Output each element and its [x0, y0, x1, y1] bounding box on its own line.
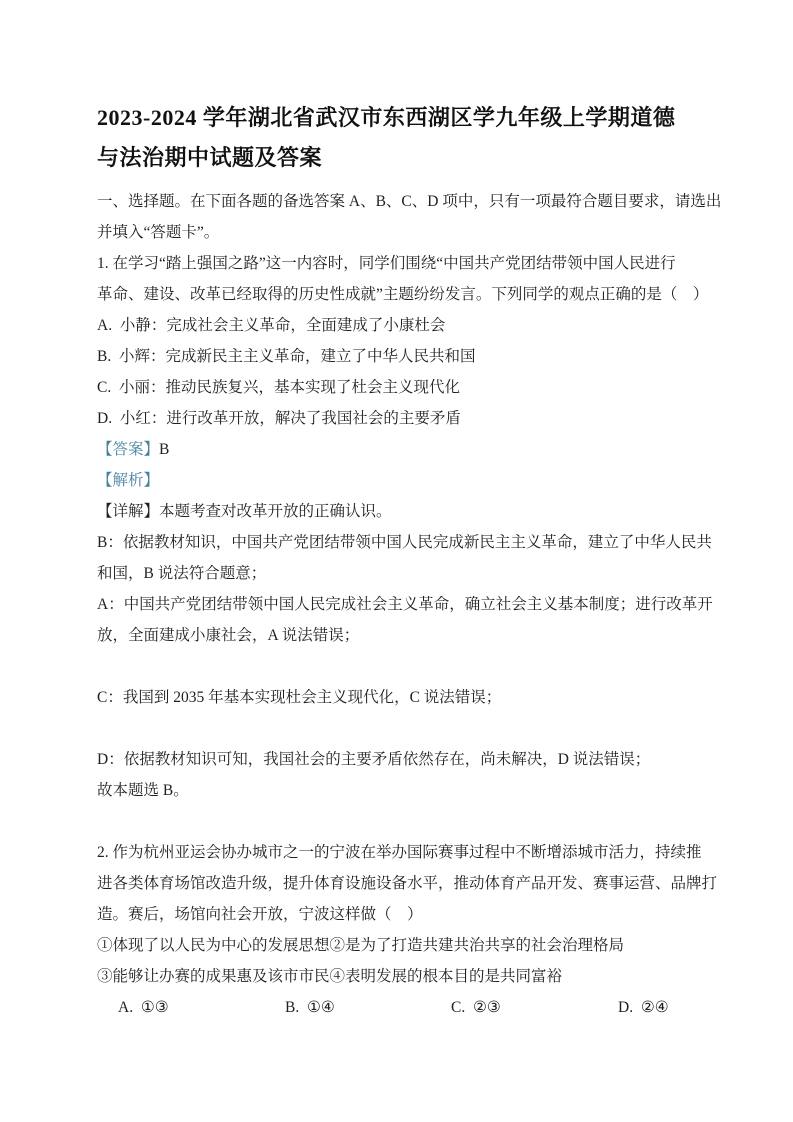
question-1-line-2: 革命、建设、改革已经取得的历史性成就”主题纷纷发言。下列同学的观点正确的是（ ） — [97, 279, 703, 310]
question-1-line-5: C. 小丽：推动民族复兴，基本实现了杜会主义现代化 — [97, 372, 703, 403]
question-1-line-3: A. 小静：完成社会主义革命，全面建成了小康杜会 — [97, 310, 703, 341]
question-1-explanation-line-10: 故本题选 B。 — [97, 775, 703, 806]
bracket-label: 【解析】 — [97, 472, 159, 489]
document-title: 2023-2024 学年湖北省武汉市东西湖区学九年级上学期道德 与法治期中试题及… — [97, 98, 703, 178]
document-page: 2023-2024 学年湖北省武汉市东西湖区学九年级上学期道德 与法治期中试题及… — [0, 0, 793, 1122]
question-1-line-4: B. 小辉：完成新民主主义革命，建立了中华人民共和国 — [97, 341, 703, 372]
document-title-line-1: 2023-2024 学年湖北省武汉市东西湖区学九年级上学期道德 — [97, 98, 703, 138]
question-2-line-2: 进各类体育场馆改造升级，提升体育设施设备水平，推动体育产品开发、赛事运营、品牌打 — [97, 868, 703, 899]
question-2-line-1: 2. 作为杭州亚运会协办城市之一的宁波在举办国际赛事过程中不断增添城市活力，持续… — [97, 837, 703, 868]
question-1-explanation-spacer — [97, 651, 703, 682]
option-C: C. ②③ — [451, 992, 501, 1023]
document-title-line-2: 与法治期中试题及答案 — [97, 138, 703, 178]
section-instructions-line-1: 一、选择题。在下面各题的备选答案 A、B、C、D 项中，只有一项最符合题目要求，… — [97, 186, 703, 217]
option-B: B. ①④ — [285, 992, 335, 1023]
bracket-label: 【答案】 — [97, 441, 159, 458]
question-1-line-1: 1. 在学习“踏上强国之路”这一内容时，同学们围绕“中国共产党团结带领中国人民进… — [97, 248, 703, 279]
question-1-explanation-spacer — [97, 806, 703, 837]
question-2-options: A. ①③B. ①④C. ②③D. ②④ — [97, 992, 703, 1023]
document-body: 一、选择题。在下面各题的备选答案 A、B、C、D 项中，只有一项最符合题目要求，… — [97, 186, 703, 1023]
question-1-explanation-line-1: 【详解】本题考查对改革开放的正确认识。 — [97, 496, 703, 527]
section-instructions-line-2: 并填入“答题卡”。 — [97, 217, 703, 248]
question-1-answer-line-2: 【解析】 — [97, 465, 703, 496]
question-2-line-5: ③能够让办赛的成果惠及该市市民④表明发展的根本目的是共同富裕 — [97, 961, 703, 992]
answer-value: B — [159, 441, 169, 458]
question-1-answer-line-1: 【答案】B — [97, 434, 703, 465]
question-1-line-6: D. 小红：进行改革开放，解决了我国社会的主要矛盾 — [97, 403, 703, 434]
option-A: A. ①③ — [118, 992, 169, 1023]
question-1-explanation-line-3: 和国，B 说法符合题意； — [97, 558, 703, 589]
question-1-explanation-line-7: C：我国到 2035 年基本实现杜会主义现代化，C 说法错误； — [97, 682, 703, 713]
question-1-explanation-line-9: D：依据教材知识可知，我国社会的主要矛盾依然存在，尚未解决，D 说法错误； — [97, 744, 703, 775]
question-2-line-3: 造。赛后，场馆向社会开放，宁波这样做（ ） — [97, 899, 703, 930]
question-1-explanation-line-4: A：中国共产党团结带领中国人民完成社会主义革命，确立社会主义基本制度；进行改革开 — [97, 589, 703, 620]
question-1-explanation-spacer — [97, 713, 703, 744]
question-1-explanation-line-5: 放，全面建成小康社会，A 说法错误； — [97, 620, 703, 651]
question-2-line-4: ①体现了以人民为中心的发展思想②是为了打造共建共治共享的社会治理格局 — [97, 930, 703, 961]
question-1-explanation-line-2: B：依据教材知识，中国共产党团结带领中国人民完成新民主主义革命，建立了中华人民共 — [97, 527, 703, 558]
option-D: D. ②④ — [618, 992, 669, 1023]
